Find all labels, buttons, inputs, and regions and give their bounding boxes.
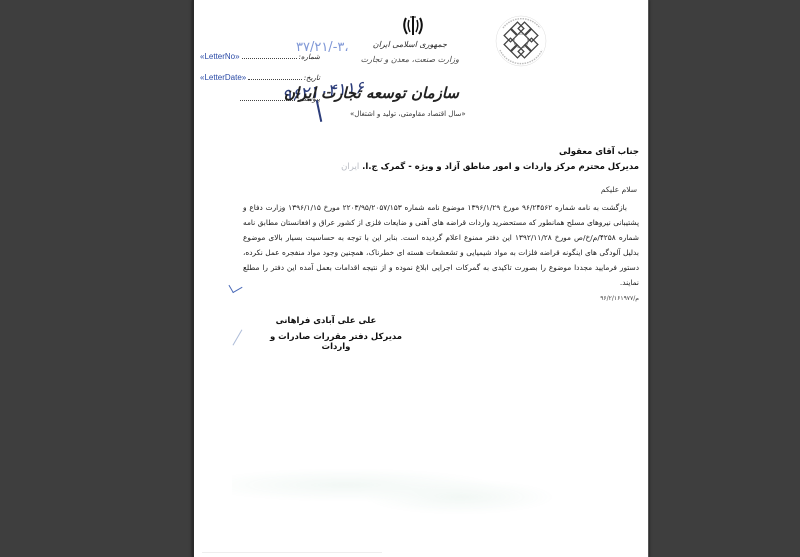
addressee-title-text: مدیرکل محترم مرکز واردات و امور مناطق آز… xyxy=(362,162,639,172)
addressee-title: مدیرکل محترم مرکز واردات و امور مناطق آز… xyxy=(341,162,639,172)
handwritten-stroke xyxy=(316,100,323,122)
signature-block: علی علی آبادی فراهانی مدیرکل دفتر مقررات… xyxy=(256,316,396,352)
signatory-title: مدیرکل دفتر مقررات صادرات و واردات xyxy=(256,332,416,352)
letter-page: «LetterNo» شماره: «LetterDate» تاریخ: پی… xyxy=(192,0,649,557)
ministry-heading: جمهوری اسلامی ایران وزارت صنعت، معدن و ت… xyxy=(361,40,459,64)
signature-stroke xyxy=(233,329,255,352)
signatory-name: علی علی آبادی فراهانی xyxy=(256,316,396,326)
country-name: جمهوری اسلامی ایران xyxy=(361,40,459,49)
addressee-name: جناب آقای معقولی xyxy=(341,147,639,157)
addressee-title-faded: ایران xyxy=(341,162,359,172)
reference-code: م/۹۶/۲/۱۶۱۹۷۷ xyxy=(243,291,639,306)
stamped-letter-number: ۳۷/۲۱/-۳، xyxy=(296,40,349,55)
letter-no-field: «LetterNo» xyxy=(200,52,240,61)
greeting: سلام علیکم xyxy=(601,185,637,194)
iran-emblem-icon xyxy=(400,14,426,38)
letter-date-field: «LetterDate» xyxy=(200,73,246,82)
letter-body: بازگشت به نامه شماره ۹۶/۲۴۵۶۲ مورخ ۱۳۹۶/… xyxy=(243,200,639,306)
letter-date-line xyxy=(248,78,301,80)
letter-no-line xyxy=(242,57,297,59)
letter-date-label: تاریخ: xyxy=(304,74,320,82)
document-viewer: «LetterNo» شماره: «LetterDate» تاریخ: پی… xyxy=(0,0,800,557)
addressee-block: جناب آقای معقولی مدیرکل محترم مرکز واردا… xyxy=(341,147,639,172)
letter-date-row: «LetterDate» تاریخ: xyxy=(200,61,320,82)
faded-stamp-bleed xyxy=(232,455,612,515)
page-bottom-line xyxy=(202,552,382,553)
organization-name: سازمان توسعه تجارت ایران xyxy=(284,84,459,102)
year-slogan: «سال اقتصاد مقاومتی، تولید و اشتغال» xyxy=(350,110,466,118)
pen-mark xyxy=(228,280,242,293)
letter-body-paragraph: بازگشت به نامه شماره ۹۶/۲۴۵۶۲ مورخ ۱۳۹۶/… xyxy=(243,200,639,291)
tpo-logo-icon xyxy=(494,14,548,68)
ministry-name: وزارت صنعت، معدن و تجارت xyxy=(361,55,459,64)
